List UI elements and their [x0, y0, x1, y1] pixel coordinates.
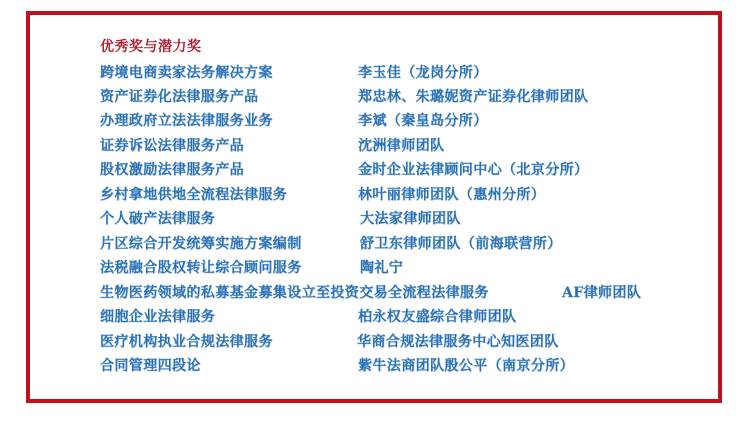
award-row: 合同管理四段论 紫牛法商团队殷公平（南京分所）: [0, 355, 750, 377]
award-winner: 舒卫东律师团队（前海联营所）: [360, 233, 562, 253]
award-project: 证券诉讼法律服务产品: [100, 135, 244, 155]
award-project: 细胞企业法律服务: [100, 306, 215, 326]
award-project: 办理政府立法法律服务业务: [100, 110, 273, 130]
award-project: 法税融合股权转让综合顾问服务: [100, 257, 302, 277]
award-row: 细胞企业法律服务 柏永权友盛综合律师团队: [0, 306, 750, 328]
award-winner: 李斌（秦皇岛分所）: [358, 110, 488, 130]
award-row: 法税融合股权转让综合顾问服务 陶礼宁: [0, 257, 750, 279]
award-winner: AF律师团队: [562, 282, 641, 302]
award-project: 跨境电商卖家法务解决方案: [100, 62, 273, 82]
award-row: 跨境电商卖家法务解决方案 李玉佳（龙岗分所）: [0, 62, 750, 84]
award-winner: 华商合规法律服务中心知医团队: [357, 331, 559, 351]
award-winner: 郑忠林、朱璐妮资产证券化律师团队: [358, 86, 588, 106]
award-winner: 紫牛法商团队殷公平（南京分所）: [358, 355, 574, 375]
award-winner: 大法家律师团队: [360, 208, 461, 228]
award-row: 资产证券化法律服务产品 郑忠林、朱璐妮资产证券化律师团队: [0, 86, 750, 108]
award-winner: 李玉佳（龙岗分所）: [358, 62, 488, 82]
award-project: 生物医药领域的私募基金募集设立至投资交易全流程法律服务: [100, 282, 489, 302]
award-row: 个人破产法律服务 大法家律师团队: [0, 208, 750, 230]
award-winner: 林叶丽律师团队（惠州分所）: [358, 184, 545, 204]
award-project: 个人破产法律服务: [100, 208, 215, 228]
award-winner: 金时企业法律顾问中心（北京分所）: [358, 159, 588, 179]
award-row: 乡村拿地供地全流程法律服务 林叶丽律师团队（惠州分所）: [0, 184, 750, 206]
award-row: 办理政府立法法律服务业务 李斌（秦皇岛分所）: [0, 110, 750, 132]
award-project: 股权激励法律服务产品: [100, 159, 244, 179]
award-winner: 陶礼宁: [360, 257, 403, 277]
award-row: 证券诉讼法律服务产品 沈洲律师团队: [0, 135, 750, 157]
award-row: 医疗机构执业合规法律服务 华商合规法律服务中心知医团队: [0, 331, 750, 353]
award-row: 股权激励法律服务产品 金时企业法律顾问中心（北京分所）: [0, 159, 750, 181]
award-winner: 沈洲律师团队: [358, 135, 444, 155]
award-project: 合同管理四段论: [100, 355, 201, 375]
award-project: 资产证券化法律服务产品: [100, 86, 258, 106]
award-winner: 柏永权友盛综合律师团队: [358, 306, 516, 326]
award-project: 片区综合开发统筹实施方案编制: [100, 233, 302, 253]
award-row: 生物医药领域的私募基金募集设立至投资交易全流程法律服务 AF律师团队: [0, 282, 750, 304]
award-project: 医疗机构执业合规法律服务: [100, 331, 273, 351]
award-project: 乡村拿地供地全流程法律服务: [100, 184, 287, 204]
award-row: 片区综合开发统筹实施方案编制 舒卫东律师团队（前海联营所）: [0, 233, 750, 255]
section-title: 优秀奖与潜力奖: [100, 36, 202, 56]
